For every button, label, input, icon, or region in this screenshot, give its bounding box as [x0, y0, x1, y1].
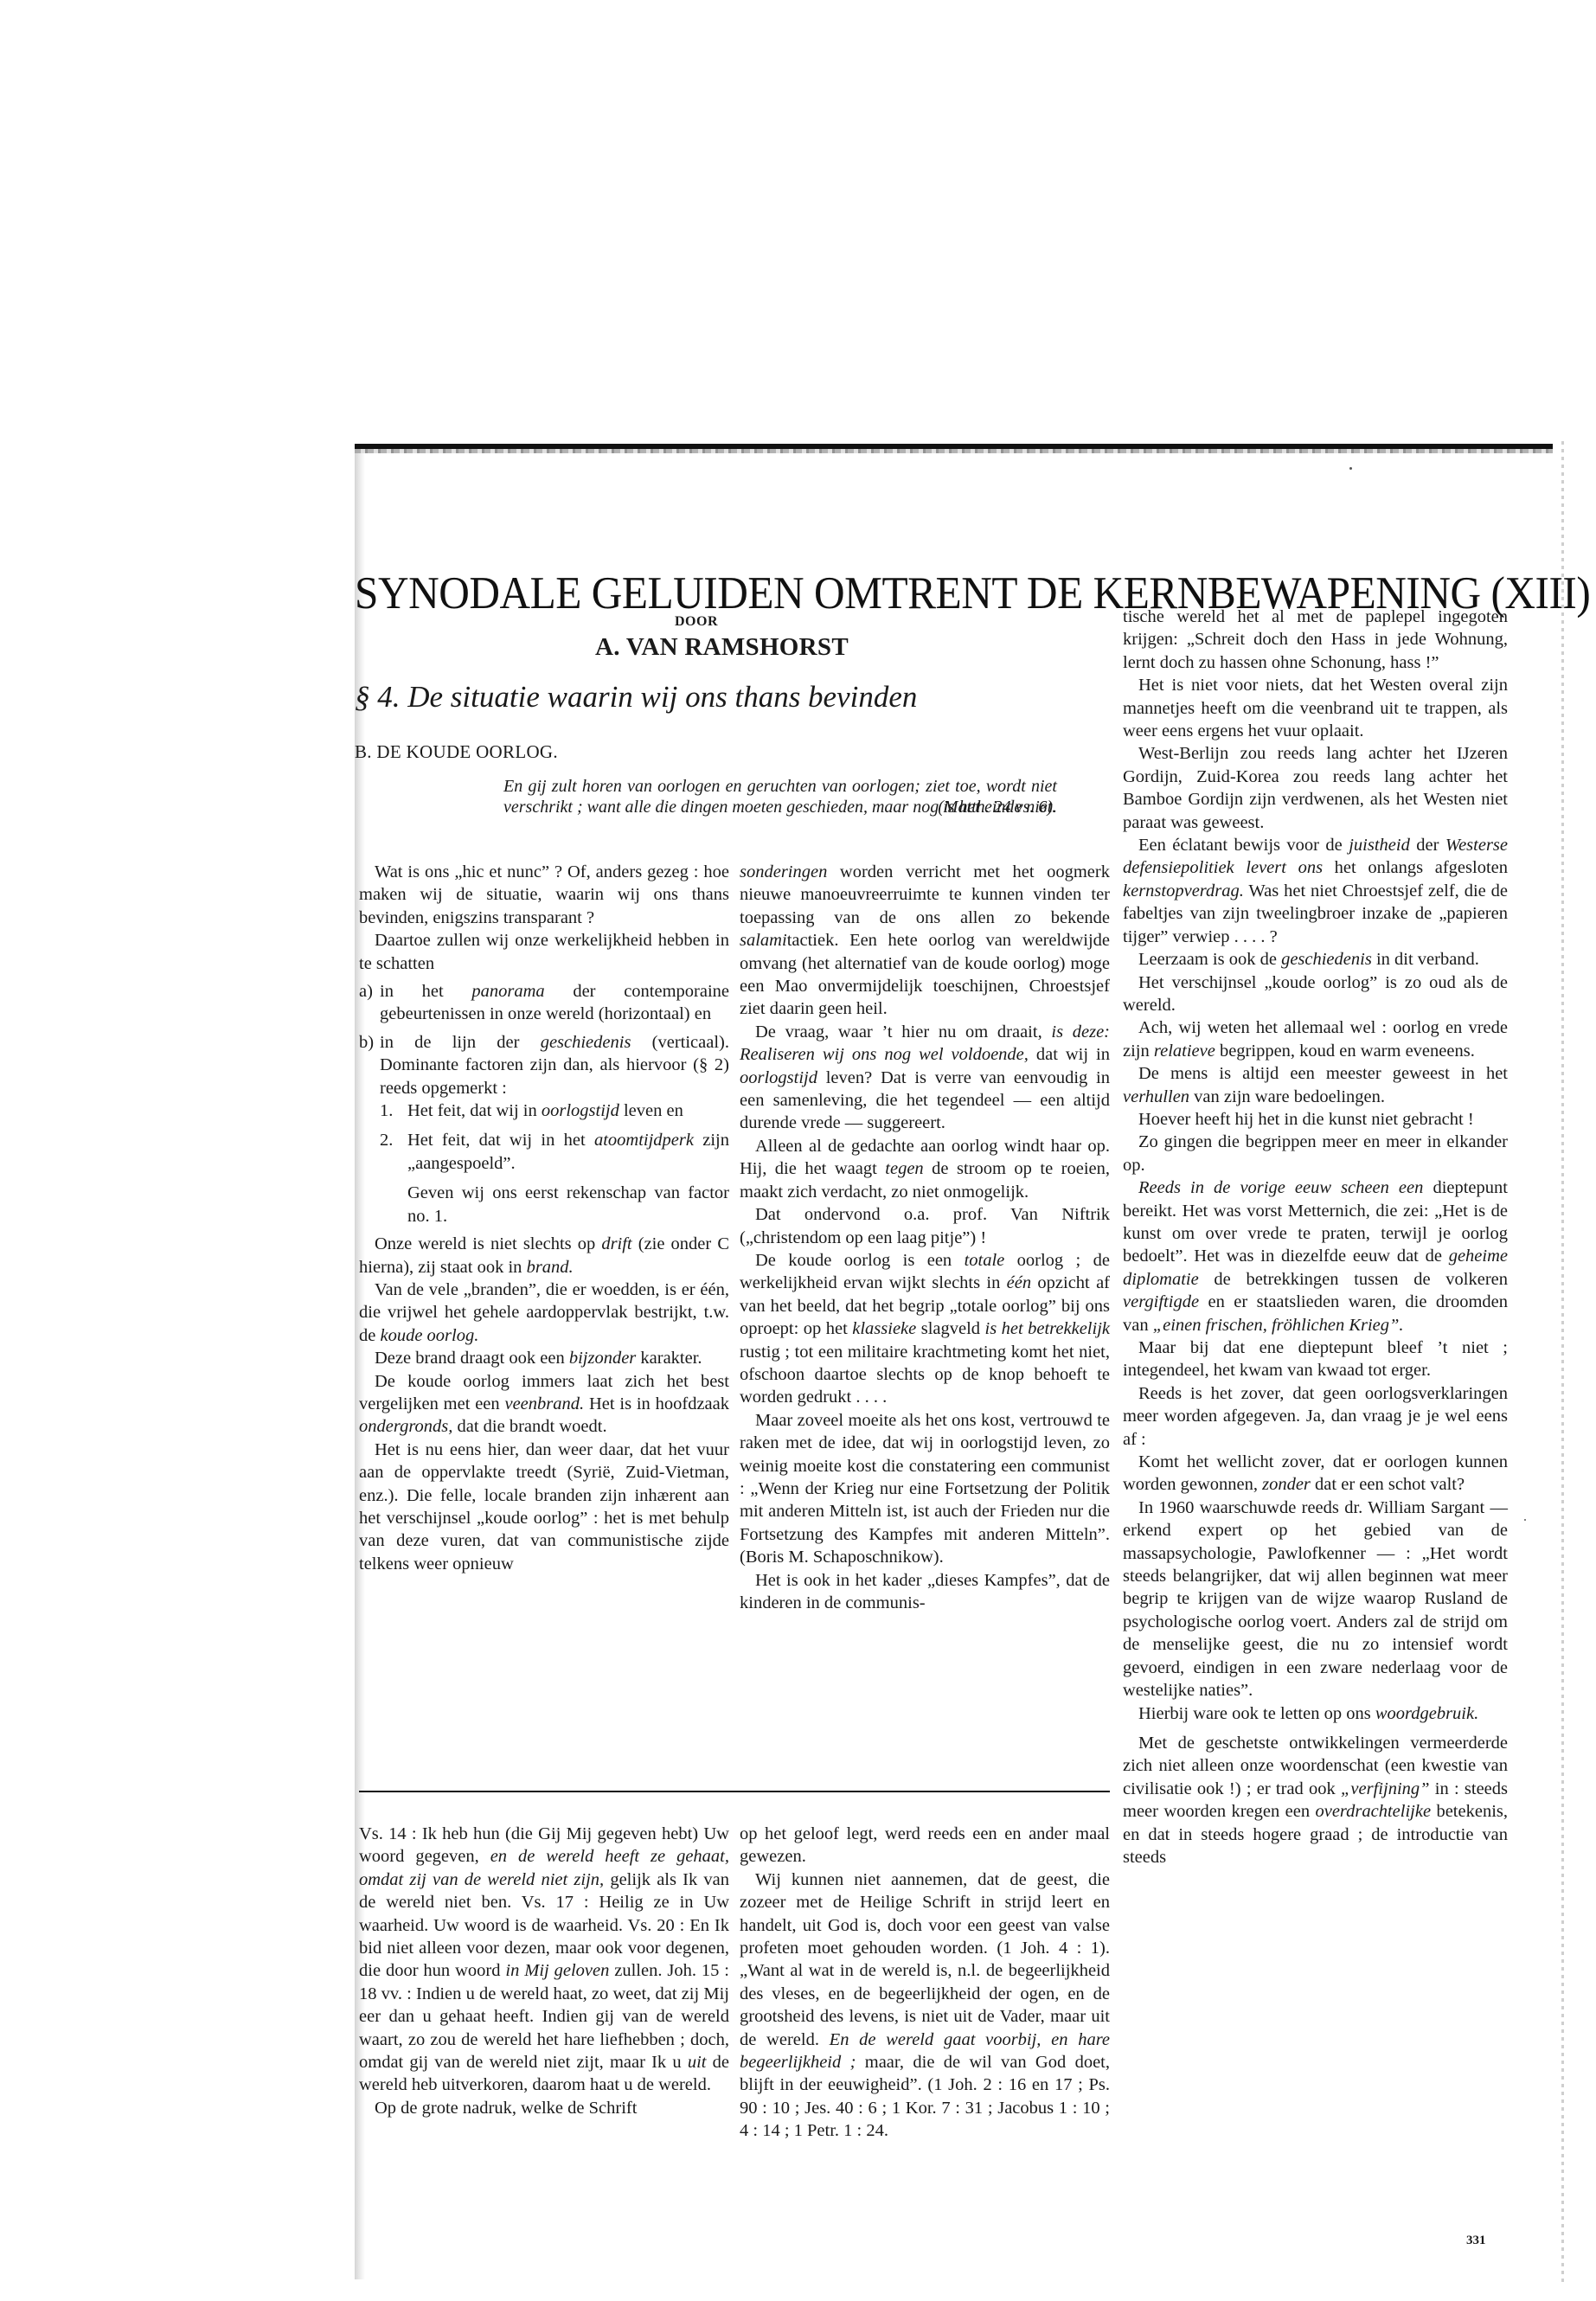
emphasis: ondergronds,	[359, 1417, 452, 1436]
text: De koude oorlog is een	[755, 1251, 965, 1270]
emphasis: uit	[688, 2053, 707, 2072]
page-number: 331	[1466, 2234, 1486, 2248]
emphasis: „einen frischen, fröhlichen Krieg”.	[1153, 1316, 1404, 1335]
paragraph: sonderingen worden verricht met het oogm…	[740, 861, 1110, 1021]
paragraph: Op de grote nadruk, welke de Schrift	[359, 2097, 729, 2119]
text: karakter.	[636, 1349, 702, 1368]
paragraph: Reeds is het zover, dat geen oorlogsverk…	[1123, 1382, 1508, 1451]
emphasis: verhullen	[1123, 1087, 1189, 1106]
text: der	[1410, 836, 1445, 855]
author-name: A. VAN RAMSHORST	[595, 633, 849, 662]
column-right: tische wereld het al met de paplepel ing…	[1123, 606, 1508, 1868]
emphasis: brand.	[527, 1258, 574, 1277]
paragraph: De koude oorlog is een totale oorlog ; d…	[740, 1249, 1110, 1409]
emphasis: salami	[740, 931, 787, 950]
paragraph: Het verschijnsel „koude oorlog” is zo ou…	[1123, 971, 1508, 1017]
emphasis: geschiedenis	[1281, 950, 1372, 969]
scan-speck	[1524, 1519, 1526, 1521]
top-rule-texture	[355, 449, 1553, 453]
emphasis: tegen	[885, 1159, 923, 1178]
text: Het is in hoofdzaak	[584, 1394, 729, 1413]
emphasis: woordgebruik.	[1375, 1704, 1478, 1723]
emphasis: veenbrand.	[504, 1394, 584, 1413]
paragraph: Het is ook in het kader „dieses Kampfes”…	[740, 1569, 1110, 1615]
paragraph: West-Berlijn zou reeds lang achter het I…	[1123, 742, 1508, 834]
text: dat die brandt woedt.	[452, 1417, 606, 1436]
text: in de lijn der	[380, 1033, 541, 1052]
column-middle: sonderingen worden verricht met het oogm…	[740, 861, 1110, 1614]
text: Een éclatant bewijs voor de	[1138, 836, 1349, 855]
paragraph: Hoever heeft hij het in die kunst niet g…	[1123, 1108, 1508, 1131]
paragraph: Reeds in de vorige eeuw scheen een diept…	[1123, 1176, 1508, 1336]
emphasis: overdrachtelijke	[1315, 1802, 1431, 1821]
emphasis: panorama	[471, 982, 544, 1001]
paragraph: Maar zoveel moeite als het ons kost, ver…	[740, 1409, 1110, 1569]
emphasis: één	[1007, 1273, 1031, 1292]
emphasis: juistheid	[1349, 836, 1410, 855]
paragraph: De vraag, waar ’t hier nu om draait, is …	[740, 1021, 1110, 1135]
paragraph: Van de vele „branden”, die er woedden, i…	[359, 1279, 729, 1347]
text: rustig ; tot een militaire krachtmeting …	[740, 1343, 1110, 1407]
list-marker: a)	[359, 980, 380, 1026]
emphasis: „verfijning”	[1341, 1779, 1430, 1798]
paragraph: Zo gingen die begrippen meer en meer in …	[1123, 1131, 1508, 1176]
paragraph: Vs. 14 : Ik heb hun (die Gij Mij gegeven…	[359, 1823, 729, 2097]
paragraph: Maar bij dat ene dieptepunt bleef ’t nie…	[1123, 1336, 1508, 1382]
byline-label: DOOR	[675, 614, 718, 630]
text: Deze brand draagt ook een	[375, 1349, 569, 1368]
text: van zijn ware bedoelingen.	[1189, 1087, 1385, 1106]
text: Het feit, dat wij in	[407, 1101, 542, 1120]
emphasis: oorlogstijd	[740, 1068, 817, 1087]
list-item-b: b) in de lijn der geschiedenis (verticaa…	[359, 1031, 729, 1099]
emphasis: bijzonder	[569, 1349, 636, 1368]
paragraph: De koude oorlog immers laat zich het bes…	[359, 1370, 729, 1439]
emphasis: oorlogstijd	[542, 1101, 619, 1120]
emphasis: zonder	[1262, 1475, 1311, 1494]
paragraph: Leerzaam is ook de geschiedenis in dit v…	[1123, 948, 1508, 971]
text: slagveld	[916, 1319, 984, 1338]
text: leven en	[619, 1101, 683, 1120]
text: Onze wereld is niet slechts op	[375, 1234, 601, 1253]
emphasis: klassieke	[852, 1319, 916, 1338]
emphasis: kernstopverdrag.	[1123, 881, 1244, 901]
emphasis: koude oorlog.	[380, 1326, 478, 1345]
epigraph: En gij zult horen van oorlogen en geruch…	[503, 776, 1057, 817]
list-marker: b)	[359, 1031, 380, 1099]
emphasis: in Mij geloven	[505, 1961, 609, 1980]
paragraph: Het is niet voor niets, dat het Westen o…	[1123, 674, 1508, 742]
footnote-divider	[359, 1791, 1110, 1792]
emphasis: relatieve	[1154, 1042, 1215, 1061]
text: Hierbij ware ook te letten op ons	[1138, 1704, 1375, 1723]
sublist-note: Geven wij ons eerst rekenschap van facto…	[380, 1182, 729, 1227]
emphasis: drift	[601, 1234, 631, 1253]
text: begrippen, koud en warm eveneens.	[1215, 1042, 1475, 1061]
paragraph: Alleen al de gedachte aan oorlog windt h…	[740, 1135, 1110, 1203]
text: het onlangs afgesloten	[1323, 858, 1508, 877]
paragraph: Wat is ons „hic et nunc” ? Of, anders ge…	[359, 861, 729, 929]
text: de betrekkingen tussen de volkeren	[1199, 1270, 1508, 1289]
emphasis: geschiedenis	[541, 1033, 631, 1052]
emphasis: totale	[965, 1251, 1005, 1270]
emphasis: sonderingen	[740, 862, 827, 881]
column-left: Wat is ons „hic et nunc” ? Of, anders ge…	[359, 861, 729, 1575]
list-marker: 2.	[380, 1129, 407, 1175]
text: dat er een schot valt?	[1311, 1475, 1465, 1494]
text: dat wij in	[1029, 1045, 1110, 1064]
text: De vraag, waar ’t hier nu om draait,	[755, 1022, 1051, 1042]
document-page: SYNODALE GELUIDEN OMTRENT DE KERNBEWAPEN…	[0, 0, 1596, 2301]
list-marker: 1.	[380, 1099, 407, 1122]
text: in dit verband.	[1372, 950, 1479, 969]
emphasis: Reeds in de vorige eeuw scheen een	[1138, 1178, 1423, 1197]
section-heading: § 4. De situatie waarin wij ons thans be…	[355, 680, 917, 715]
paragraph: In 1960 waarschuwde reeds dr. William Sa…	[1123, 1497, 1508, 1702]
scan-right-edge	[1561, 441, 1564, 2284]
paragraph: Onze wereld is niet slechts op drift (zi…	[359, 1233, 729, 1279]
sublist-item-2: 2. Het feit, dat wij in het atoomtijdper…	[380, 1129, 729, 1175]
paragraph: Hierbij ware ook te letten op ons woordg…	[1123, 1702, 1508, 1725]
paragraph: Deze brand draagt ook een bijzonder kara…	[359, 1347, 729, 1369]
paragraph: tische wereld het al met de paplepel ing…	[1123, 606, 1508, 674]
footnote-left: Vs. 14 : Ik heb hun (die Gij Mij gegeven…	[359, 1823, 729, 2119]
scan-speck	[1349, 467, 1352, 470]
text: Leerzaam is ook de	[1138, 950, 1281, 969]
list-item-a: a) in het panorama der contemporaine geb…	[359, 980, 729, 1026]
paragraph: Daartoe zullen wij onze werkelijkheid he…	[359, 929, 729, 975]
paragraph: De mens is altijd een meester geweest in…	[1123, 1062, 1508, 1108]
subheading: B. DE KOUDE OORLOG.	[355, 741, 558, 763]
sublist: 1. Het feit, dat wij in oorlogstijd leve…	[359, 1099, 729, 1227]
paragraph: op het geloof legt, werd reeds een en an…	[740, 1823, 1110, 1868]
emphasis: is het betrekkelijk	[985, 1319, 1111, 1338]
text: Wij kunnen niet aannemen, dat de geest, …	[740, 1870, 1110, 2049]
paragraph: Een éclatant bewijs voor de juistheid de…	[1123, 834, 1508, 948]
paragraph: Wij kunnen niet aannemen, dat de geest, …	[740, 1868, 1110, 2143]
paragraph: Dat ondervond o.a. prof. Van Niftrik („c…	[740, 1203, 1110, 1249]
paragraph: Ach, wij weten het allemaal wel : oorlog…	[1123, 1016, 1508, 1062]
emphasis: atoomtijdperk	[594, 1131, 694, 1150]
text: in het	[380, 982, 471, 1001]
paragraph: Met de geschetste ontwikkelingen vermeer…	[1123, 1732, 1508, 1868]
paragraph: Komt het wellicht zover, dat er oorlogen…	[1123, 1451, 1508, 1497]
emphasis: vergiftigde	[1123, 1292, 1199, 1311]
paragraph: Het is nu eens hier, dan weer daar, dat …	[359, 1439, 729, 1575]
text: De mens is altijd een meester geweest in…	[1138, 1064, 1508, 1083]
text: tactiek. Een hete oorlog van wereldwijde…	[740, 931, 1110, 1018]
text: Het feit, dat wij in het	[407, 1131, 594, 1150]
sublist-item-1: 1. Het feit, dat wij in oorlogstijd leve…	[380, 1099, 729, 1122]
footnote-middle: op het geloof legt, werd reeds een en an…	[740, 1823, 1110, 2143]
